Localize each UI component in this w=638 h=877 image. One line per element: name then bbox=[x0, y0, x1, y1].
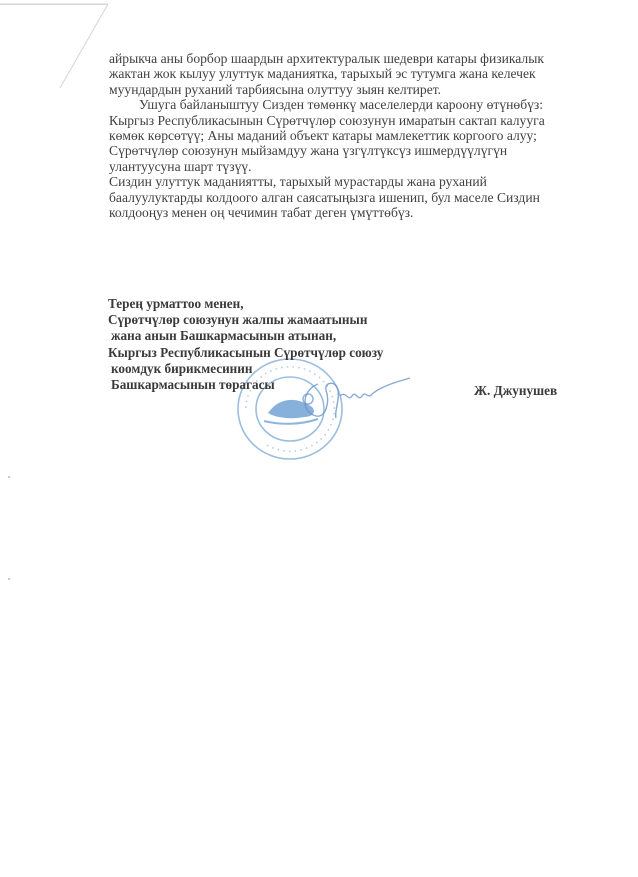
body-line: көмөк көрсөтүү; Аны маданий объект катар… bbox=[109, 128, 629, 143]
letter-body: айрыкча аны борбор шаардын архитектуралы… bbox=[109, 51, 629, 220]
signatory-name: Ж. Джунушев bbox=[474, 383, 557, 399]
closing-line: Терең урматтоо менен, bbox=[108, 296, 383, 312]
body-line: улантуусуна шарт түзүү. bbox=[109, 159, 629, 174]
body-line: Сиздин улуттук маданиятты, тарыхый мурас… bbox=[109, 174, 629, 189]
body-line: муундардын руханий тарбиясына олуттуу зы… bbox=[109, 82, 629, 97]
body-line: баалуулуктарды колдоого алган саясатыңыз… bbox=[109, 190, 629, 205]
body-line: жактан жок кылуу улуттук маданиятка, тар… bbox=[109, 66, 629, 81]
handwritten-signature-icon bbox=[296, 372, 416, 422]
closing-line: жана анын Башкармасынын атынан, bbox=[108, 328, 383, 344]
scan-speck bbox=[8, 578, 10, 580]
body-line: Сүрөтчүлөр союзунун мыйзамдуу жана үзгүл… bbox=[109, 143, 629, 158]
closing-line: Кыргыз Республикасынын Сүрөтчүлөр союзу bbox=[108, 345, 383, 361]
body-line: колдооңуз менен оң чечимин табат деген ү… bbox=[109, 205, 629, 220]
scan-speck bbox=[8, 476, 10, 478]
paper-fold-corner bbox=[0, 0, 120, 90]
closing-line: Сүрөтчүлөр союзунун жалпы жамаатынын bbox=[108, 312, 383, 328]
body-line: Ушуга байланыштуу Сизден төмөнкү маселел… bbox=[109, 97, 629, 112]
body-line: айрыкча аны борбор шаардын архитектуралы… bbox=[109, 51, 629, 66]
body-line: Кыргыз Республикасынын Сүрөтчүлөр союзун… bbox=[109, 113, 629, 128]
